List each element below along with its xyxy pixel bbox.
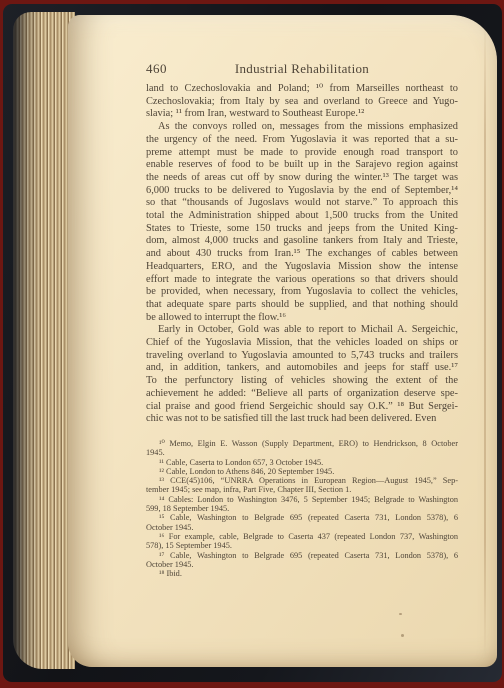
body-text: land to Czechoslovakia and Poland; ¹⁰ fr… xyxy=(146,83,458,426)
page-header: 460 Industrial Rehabilitation xyxy=(146,61,458,77)
book-page: 460 Industrial Rehabilitation land to Cz… xyxy=(68,15,497,667)
book-photo: 460 Industrial Rehabilitation land to Cz… xyxy=(0,0,504,688)
text-line: Chief of the Yugoslavia Mission, that th… xyxy=(146,337,458,350)
text-line: achievement he added: “Believe all parts… xyxy=(146,388,458,401)
footnotes: ¹⁰ Memo, Elgin E. Wasson (Supply Departm… xyxy=(146,439,458,578)
footnote-line: ¹³ CCE(45)106, “UNRRA Operations in Euro… xyxy=(146,476,458,485)
text-line: chic was not to be satisfied till the la… xyxy=(146,413,458,426)
footnote-line: ¹⁴ Cables: London to Washington 3476, 5 … xyxy=(146,495,458,504)
running-head: Industrial Rehabilitation xyxy=(146,61,458,77)
text-line: As the convoys rolled on, messages from … xyxy=(146,121,458,134)
text-line: cial praise and good friend Sergeichic s… xyxy=(146,401,458,414)
footnote-line: October 1945. xyxy=(146,523,458,532)
page-speck xyxy=(399,613,402,615)
footnote-line: ¹¹ Cable, Caserta to London 657, 3 Octob… xyxy=(146,458,458,467)
text-line: be allowed to interrupt the flow.¹⁶ xyxy=(146,312,458,325)
text-line: and about 430 trucks from Iran.¹⁵ The ex… xyxy=(146,248,458,261)
text-line: 6,000 trucks to be delivered to Yugoslav… xyxy=(146,185,458,198)
footnote-line: 599, 18 September 1945. xyxy=(146,504,458,513)
text-line: be provided, when necessary, from Yugosl… xyxy=(146,286,458,299)
text-line: that adequate spare parts should be supp… xyxy=(146,299,458,312)
text-line: and, in addition, tankers, and automobil… xyxy=(146,362,458,375)
footnote-line: October 1945. xyxy=(146,560,458,569)
text-line: so that “thousands of Jugoslavs would no… xyxy=(146,197,458,210)
text-line: To the perfunctory listing of vehicles s… xyxy=(146,375,458,388)
text-line: States to Trieste, some 150 trucks and j… xyxy=(146,223,458,236)
text-line: preme attempt must be made to provide en… xyxy=(146,147,458,160)
footnote-line: ¹⁰ Memo, Elgin E. Wasson (Supply Departm… xyxy=(146,439,458,448)
footnote-line: ¹⁷ Cable, Washington to Belgrade 695 (re… xyxy=(146,551,458,560)
text-line: the needs of areas cut off by snow durin… xyxy=(146,172,458,185)
footnote-line: tember 1945; see map, infra, Part Five, … xyxy=(146,485,458,494)
text-line: slavia; ¹¹ from Iran, westward to Southe… xyxy=(146,108,458,121)
footnote-line: 1945. xyxy=(146,448,458,457)
footnote-line: ¹² Cable, London to Athens 846, 20 Septe… xyxy=(146,467,458,476)
page-crease xyxy=(484,21,486,657)
text-line: the urgency of the need. From Yugoslavia… xyxy=(146,134,458,147)
footnote-line: ¹⁵ Cable, Washington to Belgrade 695 (re… xyxy=(146,513,458,522)
text-line: traveling overland to Yugoslavia amounte… xyxy=(146,350,458,363)
footnote-line: ¹⁸ Ibid. xyxy=(146,569,458,578)
text-line: Czechoslovakia; from Italy by sea and ov… xyxy=(146,96,458,109)
text-line: total the Administration shipped about 1… xyxy=(146,210,458,223)
text-line: land to Czechoslovakia and Poland; ¹⁰ fr… xyxy=(146,83,458,96)
footnote-line: ¹⁶ For example, cable, Belgrade to Caser… xyxy=(146,532,458,541)
text-line: Headquarters, ERO, and the Yugoslavia Mi… xyxy=(146,261,458,274)
text-line: effort made to integrate the various ope… xyxy=(146,274,458,287)
page-edge-stack xyxy=(13,12,75,669)
text-line: Early in October, Gold was able to repor… xyxy=(146,324,458,337)
text-line: dom, almost 4,000 trucks and gasoline ta… xyxy=(146,235,458,248)
text-line: enable reserves of food to be built up i… xyxy=(146,159,458,172)
footnote-line: 578), 15 September 1945. xyxy=(146,541,458,550)
page-speck xyxy=(401,634,404,637)
